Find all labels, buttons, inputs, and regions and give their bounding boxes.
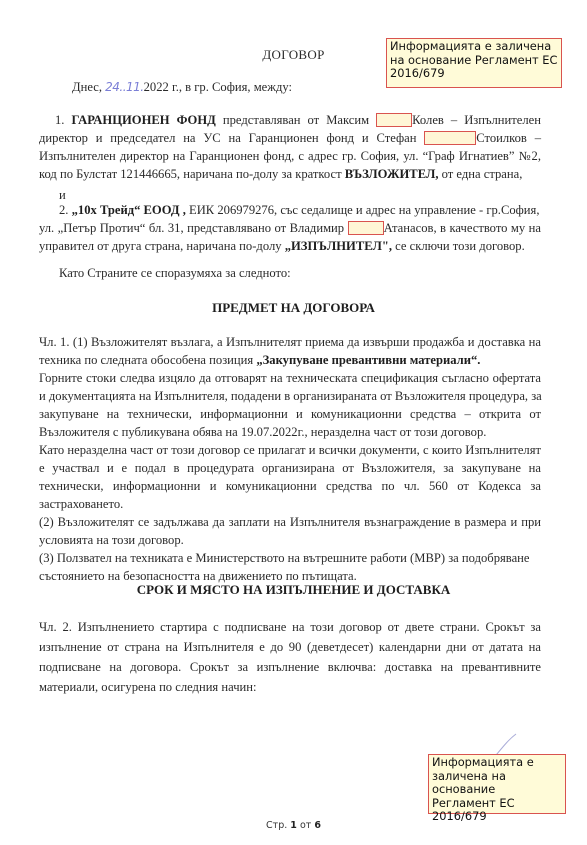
date-prefix: Днес, (72, 80, 102, 94)
redaction-box (348, 221, 384, 235)
redaction-box (424, 131, 476, 145)
role-contracting-authority: ВЪЗЛОЖИТЕЛ, (345, 167, 439, 181)
total-pages: 6 (314, 820, 321, 831)
lot-name: „Закупуване превантивни материали“. (256, 353, 480, 367)
section1-line: Като неразделна част от този договор се … (39, 443, 541, 458)
party2-name: „10х Трейд“ ЕООД , (72, 203, 186, 217)
section1-line: Чл. 1. (1) Възложителят възлага, а Изпъл… (39, 335, 541, 350)
section1-heading: ПРЕДМЕТ НА ДОГОВОРА (0, 300, 587, 316)
section1-line: застраховането. (39, 497, 123, 512)
section1-line: техника по следната обособена позиция „З… (39, 353, 480, 368)
section1-line: закупуване на технически, информационни … (39, 407, 541, 422)
party1-line3: Изпълнителен директор на Гаранционен фон… (39, 149, 541, 164)
party1-line4: код по Булстат 121446665, наричана по-до… (39, 167, 522, 182)
agreed-line: Като Страните се споразумяха за следното… (59, 266, 291, 281)
section2-line: материали, осигурена по следния начин: (39, 680, 257, 695)
party1-name: ГАРАНЦИОНЕН ФОНД (71, 113, 215, 127)
section2-line: изпълнение от страна на Изпълнителя е до… (39, 640, 541, 655)
section1-line: е участвал и е подал в процедурата орган… (39, 461, 541, 476)
date-line: Днес, 24..11.2022 г., в гр. София, между… (72, 80, 292, 95)
section1-line: технически, информационни и комуникацион… (39, 479, 541, 494)
party1-line1: 1. ГАРАНЦИОНЕН ФОНД представляван от Мак… (55, 113, 541, 128)
page-footer: Стр. 1 от 6 (0, 820, 587, 831)
section2-heading: СРОК И МЯСТО НА ИЗПЪЛНЕНИЕ И ДОСТАВКА (0, 582, 587, 598)
conjunction-and: и (59, 188, 66, 203)
document-page: ДОГОВОР Информацията е заличена на основ… (0, 0, 587, 845)
section1-line: Възложителя с публикувана обява на 19.07… (39, 425, 486, 440)
current-page: 1 (290, 820, 297, 831)
redaction-note-top: Информацията е заличена на основание Рег… (386, 38, 562, 88)
redaction-box (376, 113, 412, 127)
party2-line2: ул. „Петър Протич“ бл. 31, представляван… (39, 221, 541, 236)
section1-line: Горните стоки следва изцяло да отговарят… (39, 371, 541, 386)
section1-line: условията на този договор. (39, 533, 184, 548)
section1-line: и документацията на Изпълнителя, подаден… (39, 389, 541, 404)
party2-line1: 2. „10х Трейд“ ЕООД , ЕИК 206979276, със… (59, 203, 539, 218)
date-suffix: 2022 г., в гр. София, между: (144, 80, 292, 94)
section1-line: (3) Ползвател на техниката е Министерств… (39, 551, 530, 566)
role-contractor: „ИЗПЪЛНИТЕЛ", (285, 239, 392, 253)
section1-line: (2) Възложителят се задължава да заплати… (39, 515, 541, 530)
party2-line3: управител от друга страна, наричана по-д… (39, 239, 525, 254)
redaction-note-bottom: Информацията е заличена на основание Рег… (428, 754, 566, 814)
party1-line2: директор и председател на УС на Гаранцио… (39, 131, 541, 146)
section2-line: подписване на договора. Срокът за изпълн… (39, 660, 541, 675)
handwritten-date: 24..11. (105, 80, 143, 94)
section2-line: Чл. 2. Изпълнението стартира с подписван… (39, 620, 541, 635)
